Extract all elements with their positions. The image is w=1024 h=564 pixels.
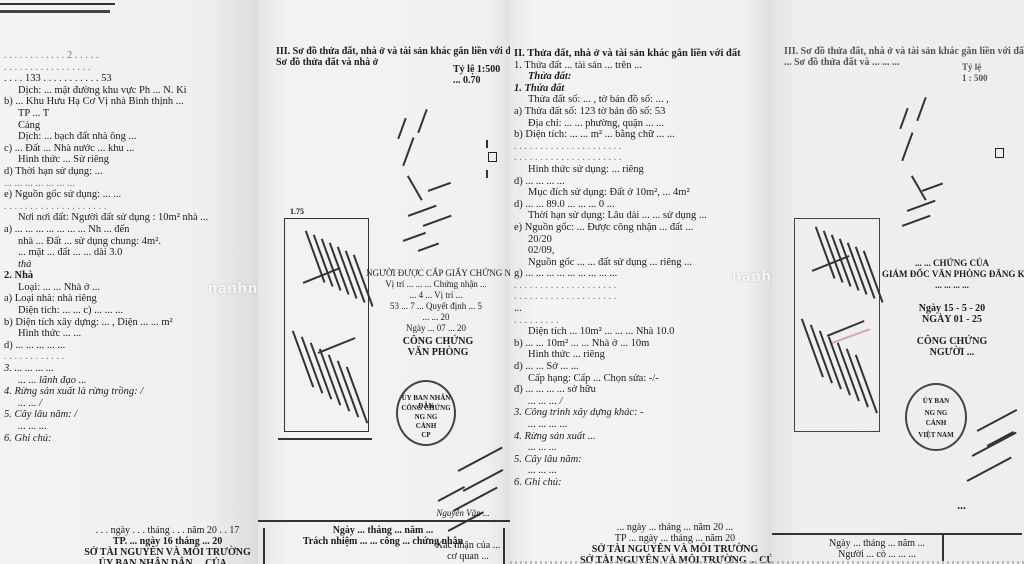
watermark: nanhnhu [208, 280, 258, 297]
sign-line: SỞ TÀI NGUYÊN VÀ MÔI TRƯỜNG [80, 547, 255, 558]
confirmation-note: Xác nhận của ... cơ quan ... [428, 540, 508, 562]
text-line: Thời hạn sử dụng: Lâu dài ... ... sử dụn… [514, 210, 769, 222]
header-line: III. Sơ đồ thửa đất, nhà ở và tài sản kh… [784, 46, 1024, 57]
registration-line: NGƯỜI ĐƯỢC CẤP GIẤY CHỨNG NHẬN ... [366, 268, 506, 279]
text-line: ... mặt ... đất ... ... dài 3.0 [4, 247, 254, 259]
text-line: Dịch: ... mặt đường khu vực Ph ... N. Ki [4, 85, 254, 97]
text-line: 5. Cây lâu năm: [514, 454, 769, 466]
text-line: Dịch: ... bạch đất nhà ông ... [4, 131, 254, 143]
drawing-stroke [987, 431, 1014, 446]
drawing-stroke [922, 183, 943, 192]
page2-registration-block: NGƯỜI ĐƯỢC CẤP GIẤY CHỨNG NHẬN ... Vị tr… [366, 268, 506, 334]
office-title: CÔNG CHỨNG NGƯỜI ... [912, 336, 992, 358]
text-line: e) Nguồn gốc sử dụng: ... ... [4, 189, 254, 201]
text-line: 02/09, [514, 245, 769, 257]
rule-line [0, 10, 110, 13]
table-border [263, 528, 265, 564]
text-line: 4. Rừng sản xuất là rừng trồng: / [4, 386, 254, 398]
drawing-stroke [423, 215, 452, 227]
page4-header: III. Sơ đồ thửa đất, nhà ở và tài sản kh… [784, 46, 1024, 68]
text-line: Thửa đất: [514, 71, 769, 83]
text-line: . . . . . . . . . [514, 315, 769, 327]
text-line: b) ... Khu Hưu Hạ Cơ Vị nhà Bình thịnh .… [4, 96, 254, 108]
registration-date: Ngày 15 - 5 - 20 NGÀY 01 - 25 [902, 303, 1002, 325]
page3-text-body: II. Thửa đất, nhà ở và tài sản khác gắn … [514, 48, 769, 489]
drawing-stroke [397, 118, 406, 139]
text-line: a) ... ... ... ... ... ... ... Nh ... đế… [4, 224, 254, 236]
registration-line: Ngày ... 07 ... 20 [366, 323, 506, 334]
text-line: . . . . . . . . . . . . . . . . . . . . … [514, 141, 769, 153]
text-line: ... [514, 303, 769, 315]
drawing-stroke [902, 215, 931, 227]
text-line: Hình thức ... Sử riêng [4, 154, 254, 166]
text-line: đ) ... ... ... ... sở hữu [514, 384, 769, 396]
drawing-stroke [907, 200, 936, 212]
text-line: Hình thức sử dụng: ... riêng [514, 164, 769, 176]
text-line: TP ... T [4, 108, 254, 120]
certificate-page-2: III. Sơ đồ thửa đất, nhà ở và tài sản kh… [258, 0, 510, 564]
rule-line [0, 3, 115, 5]
certificate-page-3: II. Thửa đất, nhà ở và tài sản khác gắn … [510, 0, 772, 564]
table-border [503, 528, 505, 564]
north-marker-icon [995, 148, 1004, 158]
text-line: Hình thức ... riêng [514, 349, 769, 361]
text-line: 3. Công trình xây dựng khác: - [514, 407, 769, 419]
footer-line: Ngày ... tháng ... năm ... [293, 525, 473, 536]
footer-line: TP ... ngày ... tháng ... năm 20 [580, 533, 770, 544]
north-marker-icon [488, 152, 497, 162]
text-line: thả [4, 259, 254, 271]
certificate-page-4: III. Sơ đồ thửa đất, nhà ở và tài sản kh… [772, 0, 1024, 564]
text-line: . . . . . . . . . . . . . . . . . . . . … [514, 152, 769, 164]
office-line: CÔNG CHỨNG [398, 336, 478, 347]
office-line: CÔNG CHỨNG [912, 336, 992, 347]
text-line: Nơi nơi đất: Người đất sử dụng : 10m² nh… [4, 212, 254, 224]
text-line: Địa chỉ: ... ... phường, quận ... ... [514, 118, 769, 130]
text-line: d) ... ... ... ... [514, 176, 769, 188]
sign-line: ỦY BAN NHÂN DÂN ... CỦA ... [80, 558, 255, 564]
page1-signature-date: . . . ngày . . . tháng . . . năm 20 . . … [80, 525, 255, 564]
registration-line: Vị trí ... ... ... Chứng nhận ... [366, 279, 506, 290]
text-line: 5. Cây lâu năm: / [4, 409, 254, 421]
footer-line: SỞ TÀI NGUYÊN VÀ MÔI TRƯỜNG [580, 544, 770, 555]
text-line: . . . . . . . . . . . . . . . . . . . . [514, 280, 769, 292]
text-line: g) ... ... ... ... ... ... ... ... ... [514, 268, 769, 280]
text-line: Thửa đất số: ... , tờ bản đồ số: ... , [514, 94, 769, 106]
registration-line: ... ... ... ... [882, 280, 1022, 291]
text-line: . . . . . . . . . . . . . . . . . [4, 62, 254, 74]
text-line: nhà ... Đất ... sử dụng chung: 4m². [4, 236, 254, 248]
text-line: Cấp hạng: Cấp ... Chọn sửa: -/- [514, 373, 769, 385]
text-line: ... ... / [4, 398, 254, 410]
registration-line: 53 ... 7 ... Quyết định ... 5 [366, 301, 506, 312]
seal-text: ỦY BAN [907, 397, 965, 405]
sign-line: TP. ... ngày 16 tháng ... 20 [80, 536, 255, 547]
text-line: e) Nguồn gốc: ... Được công nhận ... đất… [514, 222, 769, 234]
official-seal: ỦY BAN NG NG CẢNH VIỆT NAM [905, 383, 967, 451]
text-line: ... ... ... ... [514, 419, 769, 431]
office-line: VĂN PHÒNG [398, 347, 478, 358]
text-line: 4. Rừng sản xuất ... [514, 431, 769, 443]
sign-date: . . . ngày . . . tháng . . . năm 20 . . … [80, 525, 255, 536]
scale-line: 1 : 500 [962, 73, 988, 84]
page1-text-body: . . . . . . . . . . . . 2 . . . . . . . … [4, 50, 254, 444]
text-line: . . . . . . . . . . . . 2 . . . . . [4, 50, 254, 62]
seal-text: NG NG [907, 409, 965, 417]
note-line: Xác nhận của ... [428, 540, 508, 551]
drawing-stroke [438, 486, 465, 501]
text-line: . . . . 133 . . . . . . . . . . . 53 [4, 73, 254, 85]
scale-line: ... 0.70 [453, 75, 500, 86]
text-line: 20/20 [514, 234, 769, 246]
text-line: . . . . . . . . . . . . [4, 351, 254, 363]
text-line: b) Diện tích: ... ... m² ... bằng chữ ..… [514, 129, 769, 141]
footer-line: Ngày ... tháng ... năm ... [802, 538, 952, 549]
seal-text: CẢNH [907, 419, 965, 427]
header-line: III. Sơ đồ thửa đất, nhà ở và tài sản kh… [276, 46, 510, 57]
map-scale: Tỷ lệ 1 : 500 [962, 62, 988, 84]
footer-line: Người ... có ... ... ... [802, 549, 952, 560]
text-line: Nguồn gốc ... ... đất sử dụng ... riêng … [514, 257, 769, 269]
page4-registration-block: ... ... CHỨNG CỦA GIÁM ĐỐC VĂN PHÒNG ĐĂN… [882, 258, 1022, 291]
text-line: II. Thửa đất, nhà ở và tài sản khác gắn … [514, 48, 769, 60]
drawing-stroke [408, 205, 437, 217]
signature: ... [932, 500, 992, 511]
drawing-stroke [977, 409, 1017, 431]
registration-line: GIÁM ĐỐC VĂN PHÒNG ĐĂNG KÝ [882, 269, 1022, 280]
seal-text: CẢNH [398, 422, 454, 430]
official-seal: ỦY BAN NHÂN DÂN CÔNG CHỨNG NG NG CẢNH CP [396, 380, 456, 446]
drawing-stroke [916, 97, 926, 121]
divider-line [258, 520, 510, 522]
table-border [942, 535, 944, 564]
registration-line: ... ... CHỨNG CỦA [882, 258, 1022, 269]
text-line: d) ... ... ... ... ... [4, 340, 254, 352]
drawing-stroke [403, 232, 426, 242]
signature: Nguyễn Văn ... [418, 508, 508, 519]
text-line: 1. Thửa đất [514, 83, 769, 95]
text-line: a) Thửa đất số: 123 tờ bản đồ số: 53 [514, 106, 769, 118]
seal-text: CP [398, 431, 454, 439]
text-line: Diện tích: ... ... c) ... ... ... [4, 305, 254, 317]
watermark: nanhnhu [732, 268, 772, 285]
seal-text: VIỆT NAM [907, 431, 965, 439]
scale-line: Tỷ lệ 1:500 [453, 64, 500, 75]
text-line: b) Diện tích xây dựng: ... , Diện ... ..… [4, 317, 254, 329]
office-title: CÔNG CHỨNG VĂN PHÒNG [398, 336, 478, 358]
text-line: d) Thời hạn sử dụng: ... [4, 166, 254, 178]
text-line: ... ... ... [514, 465, 769, 477]
text-line: 1. Thửa đất ... tài sản ... trên ... [514, 60, 769, 72]
date-line: Ngày 15 - 5 - 20 [902, 303, 1002, 314]
plot-dimension-label: 1.75 [290, 207, 304, 216]
text-line: 3. ... ... ... ... [4, 363, 254, 375]
page4-footer: Ngày ... tháng ... năm ... Người ... có … [802, 538, 952, 560]
office-line: NGƯỜI ... [912, 347, 992, 358]
text-line: . . . . . . . . . . . . . . . . . . . . [514, 291, 769, 303]
divider-line [772, 533, 1022, 535]
text-line: b) ... ... 10m² ... ... Nhà ở ... 10m [514, 338, 769, 350]
text-line: ... ... ... ... ... ... ... [4, 178, 254, 190]
seal-text: CÔNG CHỨNG [398, 404, 454, 412]
divider-line [278, 438, 372, 440]
text-line: Mục đích sử dụng: Đất ở 10m², ... 4m² [514, 187, 769, 199]
text-line: Hình thức ... ... [4, 328, 254, 340]
seal-text: NG NG [398, 413, 454, 421]
drawing-stroke [402, 137, 414, 166]
drawing-stroke [967, 457, 1012, 482]
text-line: ... ... ... [4, 421, 254, 433]
text-line: 6. Ghi chú: [4, 433, 254, 445]
drawing-stroke [458, 447, 503, 472]
text-line: d) ... ... 89.0 ... ... ... 0 ... [514, 199, 769, 211]
footer-line: ... ngày ... tháng ... năm 20 ... [580, 522, 770, 533]
text-line: . . . . . . . . . . . . . . . . . . . . [4, 201, 254, 213]
text-line: d) ... ... Sở ... ... [514, 361, 769, 373]
registration-line: ... 4 ... Vị trí ... [366, 290, 506, 301]
date-line: NGÀY 01 - 25 [902, 314, 1002, 325]
drawing-stroke [972, 432, 1017, 457]
note-line: cơ quan ... [428, 551, 508, 562]
certificate-page-1: . . . . . . . . . . . . 2 . . . . . . . … [0, 0, 258, 564]
drawing-stroke [418, 243, 439, 252]
drawing-stroke [407, 175, 422, 200]
drawing-stroke [417, 109, 427, 133]
page3-footer: ... ngày ... tháng ... năm 20 ... TP ...… [580, 522, 770, 564]
tick [486, 140, 488, 148]
text-line: ... ... lãnh đạo ... [4, 375, 254, 387]
text-line: 6. Ghi chú: [514, 477, 769, 489]
map-scale: Tỷ lệ 1:500 ... 0.70 [453, 64, 500, 86]
text-line: ... ... ... / [514, 396, 769, 408]
drawing-stroke [901, 132, 913, 161]
header-line: ... Sơ đồ thửa đất và ... ... ... [784, 57, 1024, 68]
registration-line: ... ... 20 [366, 312, 506, 323]
tick [486, 170, 488, 178]
text-line: Diện tích ... 10m² ... ... ... Nhà 10.0 [514, 326, 769, 338]
scale-line: Tỷ lệ [962, 62, 988, 73]
text-line: c) ... Đất ... Nhà nước ... khu ... [4, 143, 254, 155]
text-line: ... ... ... [514, 442, 769, 454]
drawing-stroke [899, 108, 908, 129]
drawing-stroke [428, 182, 451, 192]
text-line: Cảng [4, 120, 254, 132]
